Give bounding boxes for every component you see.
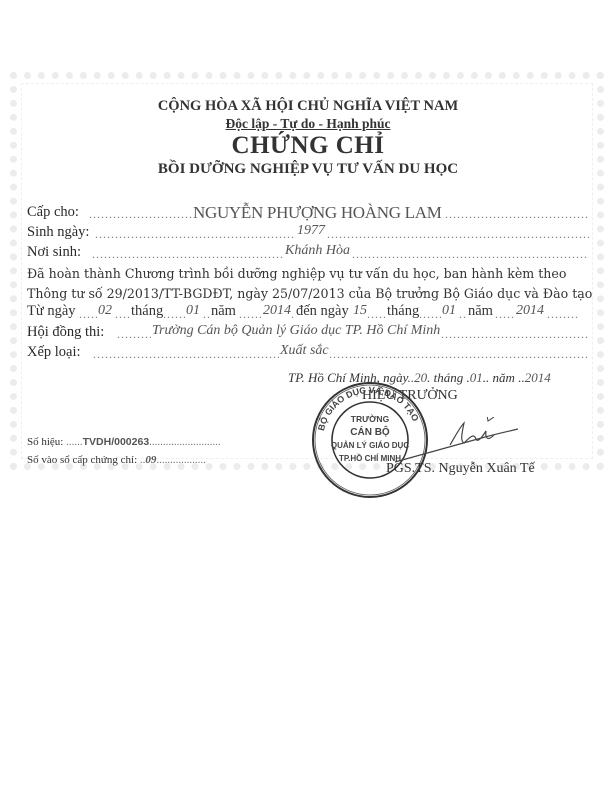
register-number-row: Số vào sổ cấp chứng chỉ: ..09...........… bbox=[27, 454, 206, 466]
birthplace-label: Nơi sinh: bbox=[27, 244, 81, 261]
signature-icon bbox=[390, 417, 520, 467]
from-day: 02 bbox=[97, 303, 113, 319]
serial-number: TVDH/000263 bbox=[83, 436, 150, 448]
date-range-row: ........................................… bbox=[27, 304, 597, 324]
completion-line-2: Thông tư số 29/2013/TT-BGDĐT, ngày 25/07… bbox=[27, 284, 607, 304]
birthplace-row: Nơi sinh: ..............................… bbox=[27, 244, 597, 264]
certificate-title: CHỨNG CHỈ bbox=[0, 132, 616, 160]
council-value: Trường Cán bộ Quản lý Giáo dục TP. Hồ Ch… bbox=[151, 323, 441, 339]
birthplace-value: Khánh Hòa bbox=[284, 243, 351, 259]
from-month: 01 bbox=[185, 303, 201, 319]
issued-to-row: Cấp cho: ...............................… bbox=[27, 204, 597, 224]
completion-line-1: Đã hoàn thành Chương trình bồi dưỡng ngh… bbox=[27, 264, 607, 284]
register-number: 09 bbox=[145, 454, 156, 466]
to-year: 2014 bbox=[515, 303, 545, 319]
grade-label: Xếp loại: bbox=[27, 344, 81, 361]
grade-value: Xuất sắc bbox=[279, 343, 330, 359]
birth-label: Sinh ngày: bbox=[27, 224, 89, 241]
recipient-name: NGUYỄN PHƯỢNG HOÀNG LAM bbox=[192, 203, 443, 223]
from-year: 2014 bbox=[262, 303, 292, 319]
council-row: Hội đồng thi: ..........................… bbox=[27, 324, 597, 344]
signer-name: PGS.TS. Nguyễn Xuân Tế bbox=[386, 461, 535, 477]
issued-to-label: Cấp cho: bbox=[27, 204, 79, 221]
to-month: 01 bbox=[441, 303, 457, 319]
certificate: CỘNG HÒA XÃ HỘI CHỦ NGHĨA VIỆT NAM Độc l… bbox=[10, 72, 606, 472]
birth-row: Sinh ngày: .............................… bbox=[27, 224, 597, 244]
serial-number-row: Số hiệu: ......TVDH/000263..............… bbox=[27, 436, 221, 448]
nation-heading: CỘNG HÒA XÃ HỘI CHỦ NGHĨA VIỆT NAM bbox=[0, 98, 616, 115]
birth-value: 1977 bbox=[296, 223, 326, 239]
certificate-subtitle: BỒI DƯỠNG NGHIỆP VỤ TƯ VẤN DU HỌC bbox=[0, 161, 616, 178]
to-day: 15 bbox=[352, 303, 368, 319]
grade-row: Xếp loại: ..............................… bbox=[27, 344, 597, 364]
motto: Độc lập - Tự do - Hạnh phúc bbox=[0, 116, 616, 132]
svg-text:CÁN BỘ: CÁN BỘ bbox=[350, 425, 390, 438]
svg-text:TRƯỜNG: TRƯỜNG bbox=[351, 413, 390, 424]
council-label: Hội đồng thi: bbox=[27, 324, 104, 341]
